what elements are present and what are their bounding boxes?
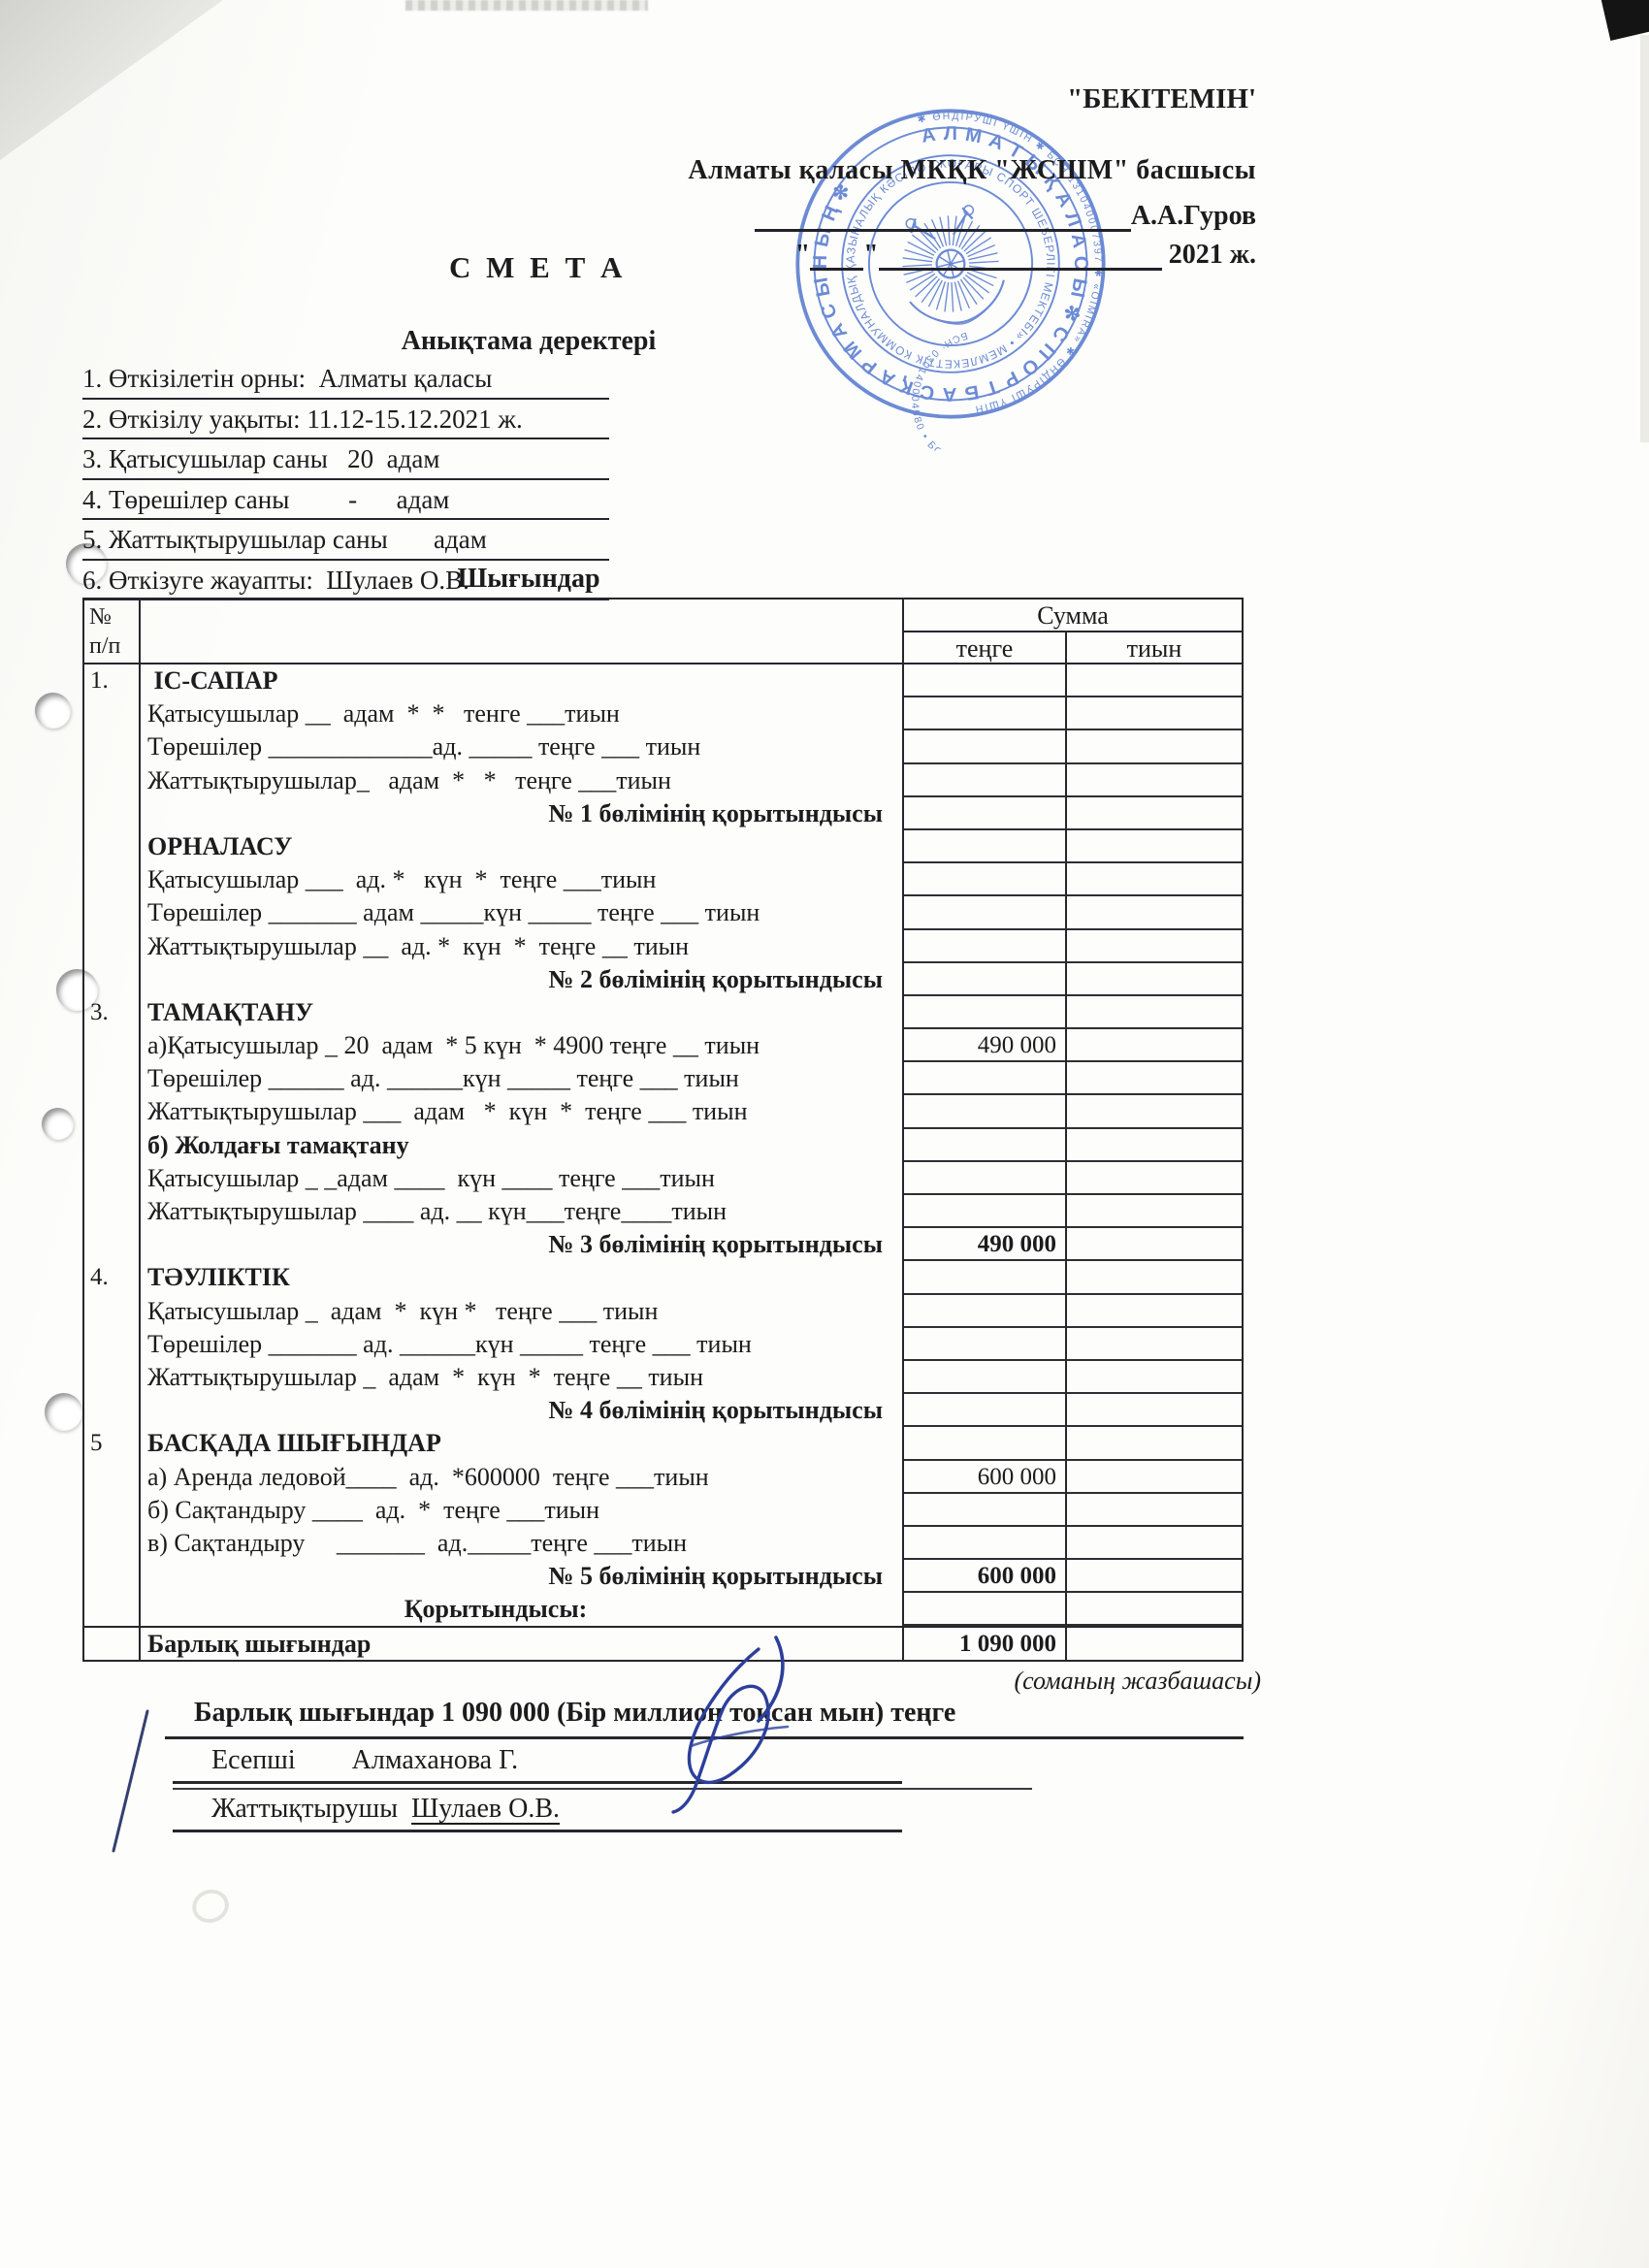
row-number bbox=[84, 1494, 141, 1527]
amount-tenge bbox=[904, 1593, 1067, 1626]
amount-tenge bbox=[904, 1328, 1067, 1361]
amount-tiyn bbox=[1067, 664, 1242, 697]
row-description: БАСҚАДА ШЫҒЫНДАР bbox=[141, 1427, 904, 1460]
reference-item: 2. Өткізілу уақыты: 11.12-15.12.2021 ж. bbox=[82, 400, 609, 440]
amount-tiyn bbox=[1067, 797, 1242, 830]
amount-tenge bbox=[904, 1195, 1067, 1228]
row-number bbox=[84, 930, 141, 963]
row-description: Қорытындысы: bbox=[141, 1593, 904, 1626]
signature-blank-line bbox=[755, 200, 1131, 232]
row-number: 5 bbox=[84, 1427, 141, 1460]
date-blank bbox=[810, 239, 863, 271]
row-number: 1. bbox=[84, 664, 141, 697]
amount-tenge bbox=[904, 896, 1067, 929]
amount-tenge bbox=[904, 730, 1067, 763]
row-number bbox=[84, 1129, 141, 1162]
amount-tenge bbox=[904, 1162, 1067, 1195]
row-description: Төрешілер ______ ад. ______күн _____ тең… bbox=[141, 1062, 904, 1095]
amount-tenge bbox=[904, 1527, 1067, 1560]
amount-tiyn bbox=[1067, 697, 1242, 730]
amount-tenge bbox=[904, 697, 1067, 730]
expenses-heading: Шығындар bbox=[82, 564, 975, 595]
row-description: ТӘУЛІКТІК bbox=[141, 1261, 904, 1294]
row-description: Жаттықтырушылар __ ад. * күн * теңге __ … bbox=[141, 930, 904, 963]
row-number bbox=[84, 730, 141, 763]
row-description: № 2 бөлімінің қорытындысы bbox=[141, 963, 904, 996]
coach-underline bbox=[173, 1830, 902, 1832]
total-amount-tenge: 1 090 000 bbox=[904, 1626, 1067, 1659]
reference-item: 5. Жаттықтырушылар саны адам bbox=[82, 520, 609, 561]
row-description: а)Қатысушылар _ 20 адам * 5 күн * 4900 т… bbox=[141, 1029, 904, 1062]
quote-mark: " bbox=[863, 240, 879, 270]
punch-hole bbox=[42, 1108, 74, 1140]
amount-tiyn bbox=[1067, 996, 1242, 1029]
sum-in-words-note: (соманың жазбашасы) bbox=[873, 1667, 1261, 1696]
amount-tiyn bbox=[1067, 830, 1242, 863]
row-description: Төрешілер _____________ад. _____ теңге _… bbox=[141, 730, 904, 763]
amount-tenge: 490 000 bbox=[904, 1228, 1067, 1261]
accountant-name: Алмаханова Г. bbox=[352, 1745, 519, 1775]
amount-tiyn bbox=[1067, 1394, 1242, 1427]
total-amount-tiyn bbox=[1067, 1626, 1242, 1659]
amount-tiyn bbox=[1067, 1228, 1242, 1261]
amount-tenge bbox=[904, 1394, 1067, 1427]
row-description: в) Сақтандыру _______ ад._____теңге ___т… bbox=[141, 1527, 904, 1560]
coach-name: Шулаев О.В. bbox=[411, 1794, 560, 1824]
row-number bbox=[84, 896, 141, 929]
coach-row: ЖаттықтырушыШулаев О.В. bbox=[211, 1794, 560, 1825]
punch-hole bbox=[45, 1393, 82, 1431]
amount-tenge bbox=[904, 1062, 1067, 1095]
column-header-description bbox=[141, 599, 904, 664]
scan-edge-shadow bbox=[1640, 35, 1649, 442]
row-number: 3. bbox=[84, 996, 141, 1029]
director-name: А.А.Гуров bbox=[1131, 201, 1256, 231]
date-blank-long bbox=[879, 239, 1162, 271]
amount-tiyn bbox=[1067, 963, 1242, 996]
amount-tiyn bbox=[1067, 1527, 1242, 1560]
amount-tenge bbox=[904, 1361, 1067, 1394]
row-description: Жаттықтырушылар ___ адам * күн * теңге _… bbox=[141, 1095, 904, 1128]
accountant-underline bbox=[173, 1781, 902, 1784]
row-number bbox=[84, 1228, 141, 1261]
amount-tiyn bbox=[1067, 863, 1242, 896]
row-number bbox=[84, 1461, 141, 1494]
row-number bbox=[84, 1394, 141, 1427]
total-row-label: Барлық шығындар bbox=[141, 1626, 904, 1659]
amount-tenge bbox=[904, 1129, 1067, 1162]
amount-tiyn bbox=[1067, 1095, 1242, 1128]
row-description: Жаттықтырушылар_ адам * * теңге ___тиын bbox=[141, 764, 904, 797]
amount-tiyn bbox=[1067, 1328, 1242, 1361]
total-underline bbox=[165, 1736, 1244, 1739]
approval-label: "БЕКІТЕМІН' bbox=[1067, 83, 1256, 115]
row-description: № 3 бөлімінің қорытындысы bbox=[141, 1228, 904, 1261]
amount-tiyn bbox=[1067, 1029, 1242, 1062]
amount-tenge: 490 000 bbox=[904, 1029, 1067, 1062]
total-amount-line: Барлық шығындар 1 090 000 (Бір миллион т… bbox=[194, 1698, 955, 1729]
row-number bbox=[84, 1062, 141, 1095]
amount-tenge bbox=[904, 1427, 1067, 1460]
row-number bbox=[84, 830, 141, 863]
amount-tenge bbox=[904, 1295, 1067, 1328]
punch-hole bbox=[35, 693, 71, 729]
row-description: а) Аренда ледовой____ ад. *600000 теңге … bbox=[141, 1461, 904, 1494]
row-description: Қатысушылар _ _адам ____ күн ____ теңге … bbox=[141, 1162, 904, 1195]
row-number bbox=[84, 1361, 141, 1394]
row-description: Жаттықтырушылар _ адам * күн * теңге __ … bbox=[141, 1361, 904, 1394]
amount-tenge: 600 000 bbox=[904, 1461, 1067, 1494]
scan-noise bbox=[405, 0, 648, 11]
row-number bbox=[84, 697, 141, 730]
amount-tenge bbox=[904, 1494, 1067, 1527]
amount-tiyn bbox=[1067, 930, 1242, 963]
column-header-num: №п/п bbox=[84, 599, 141, 664]
row-description: ОРНАЛАСУ bbox=[141, 830, 904, 863]
amount-tenge bbox=[904, 963, 1067, 996]
reference-heading: Анықтама деректері bbox=[82, 326, 975, 357]
amount-tiyn bbox=[1067, 764, 1242, 797]
amount-tiyn bbox=[1067, 1261, 1242, 1294]
row-description: Жаттықтырушылар ____ ад. __ күн___теңге_… bbox=[141, 1195, 904, 1228]
organization-line: Алматы қаласы МКҚК "ЖСШМ" басшысы bbox=[688, 155, 1256, 186]
amount-tiyn bbox=[1067, 1129, 1242, 1162]
column-header-sum: Сумма bbox=[904, 599, 1242, 632]
row-number bbox=[84, 1029, 141, 1062]
amount-tiyn bbox=[1067, 1494, 1242, 1527]
amount-tenge bbox=[904, 863, 1067, 896]
accountant-label: Есепші bbox=[211, 1745, 296, 1775]
amount-tenge bbox=[904, 664, 1067, 697]
row-number bbox=[84, 863, 141, 896]
date-line: "" 2021 ж. bbox=[795, 239, 1256, 271]
amount-tenge: 600 000 bbox=[904, 1560, 1067, 1593]
row-number bbox=[84, 963, 141, 996]
reference-item: 3. Қатысушылар саны 20 адам bbox=[82, 439, 609, 480]
amount-tiyn bbox=[1067, 1361, 1242, 1394]
expenses-table: №п/п Сумма теңге тиын 1. ІС-САПАРҚатысуш… bbox=[82, 598, 1244, 1662]
row-description: № 5 бөлімінің қорытындысы bbox=[141, 1560, 904, 1593]
amount-tenge bbox=[904, 1261, 1067, 1294]
total-row-number bbox=[84, 1626, 141, 1659]
amount-tenge bbox=[904, 797, 1067, 830]
amount-tiyn bbox=[1067, 1062, 1242, 1095]
amount-tenge bbox=[904, 930, 1067, 963]
accountant-row: ЕсепшіАлмаханова Г. bbox=[211, 1745, 518, 1776]
scan-smudge-ring bbox=[188, 1885, 234, 1928]
amount-tiyn bbox=[1067, 896, 1242, 929]
column-header-tiyn: тиын bbox=[1067, 632, 1242, 664]
row-number: 4. bbox=[84, 1261, 141, 1294]
amount-tenge bbox=[904, 996, 1067, 1029]
document-title: С М Е Т А bbox=[449, 250, 626, 285]
amount-tiyn bbox=[1067, 1560, 1242, 1593]
amount-tiyn bbox=[1067, 730, 1242, 763]
row-description: ІС-САПАР bbox=[141, 664, 904, 697]
amount-tiyn bbox=[1067, 1295, 1242, 1328]
coach-label: Жаттықтырушы bbox=[211, 1794, 398, 1824]
amount-tiyn bbox=[1067, 1427, 1242, 1460]
column-header-tenge: теңге bbox=[904, 632, 1067, 664]
amount-tenge bbox=[904, 764, 1067, 797]
row-number bbox=[84, 1527, 141, 1560]
row-number bbox=[84, 1295, 141, 1328]
amount-tenge bbox=[904, 830, 1067, 863]
scan-corner-fold bbox=[0, 0, 223, 160]
row-number bbox=[84, 1593, 141, 1626]
row-number bbox=[84, 1095, 141, 1128]
row-description: б) Жолдағы тамақтану bbox=[141, 1129, 904, 1162]
quote-mark: " bbox=[795, 240, 811, 270]
row-description: б) Сақтандыру ____ ад. * теңге ___тиын bbox=[141, 1494, 904, 1527]
row-number bbox=[84, 797, 141, 830]
reference-item: 1. Өткізілетін орны: Алматы қаласы bbox=[82, 359, 609, 400]
row-description: Төрешілер _______ ад. ______күн _____ те… bbox=[141, 1328, 904, 1361]
row-description: ТАМАҚТАНУ bbox=[141, 996, 904, 1029]
amount-tiyn bbox=[1067, 1162, 1242, 1195]
row-description: Қатысушылар ___ ад. * күн * теңге ___тиы… bbox=[141, 863, 904, 896]
amount-tiyn bbox=[1067, 1461, 1242, 1494]
accountant-underline-2 bbox=[173, 1788, 1032, 1790]
amount-tenge bbox=[904, 1095, 1067, 1128]
row-description: № 1 бөлімінің қорытындысы bbox=[141, 797, 904, 830]
row-number bbox=[84, 1195, 141, 1228]
reference-item: 4. Төрешілер саны - адам bbox=[82, 480, 609, 521]
amount-tiyn bbox=[1067, 1593, 1242, 1626]
amount-tiyn bbox=[1067, 1195, 1242, 1228]
row-number bbox=[84, 1560, 141, 1593]
row-description: Қатысушылар _ адам * күн * теңге ___ тиы… bbox=[141, 1295, 904, 1328]
director-signature-line: А.А.Гуров bbox=[755, 200, 1256, 232]
row-number bbox=[84, 1328, 141, 1361]
row-description: № 4 бөлімінің қорытындысы bbox=[141, 1394, 904, 1427]
row-number bbox=[84, 764, 141, 797]
row-number bbox=[84, 1162, 141, 1195]
year-label: 2021 ж. bbox=[1162, 240, 1256, 270]
row-description: Төрешілер _______ адам _____күн _____ те… bbox=[141, 896, 904, 929]
document-page: ✱ ӨНДІРУШІ ҮШІН ✱ БСН 131040007397 ✱ «OI… bbox=[0, 0, 1649, 2268]
row-description: Қатысушылар __ адам * * тенге ___тиын bbox=[141, 697, 904, 730]
